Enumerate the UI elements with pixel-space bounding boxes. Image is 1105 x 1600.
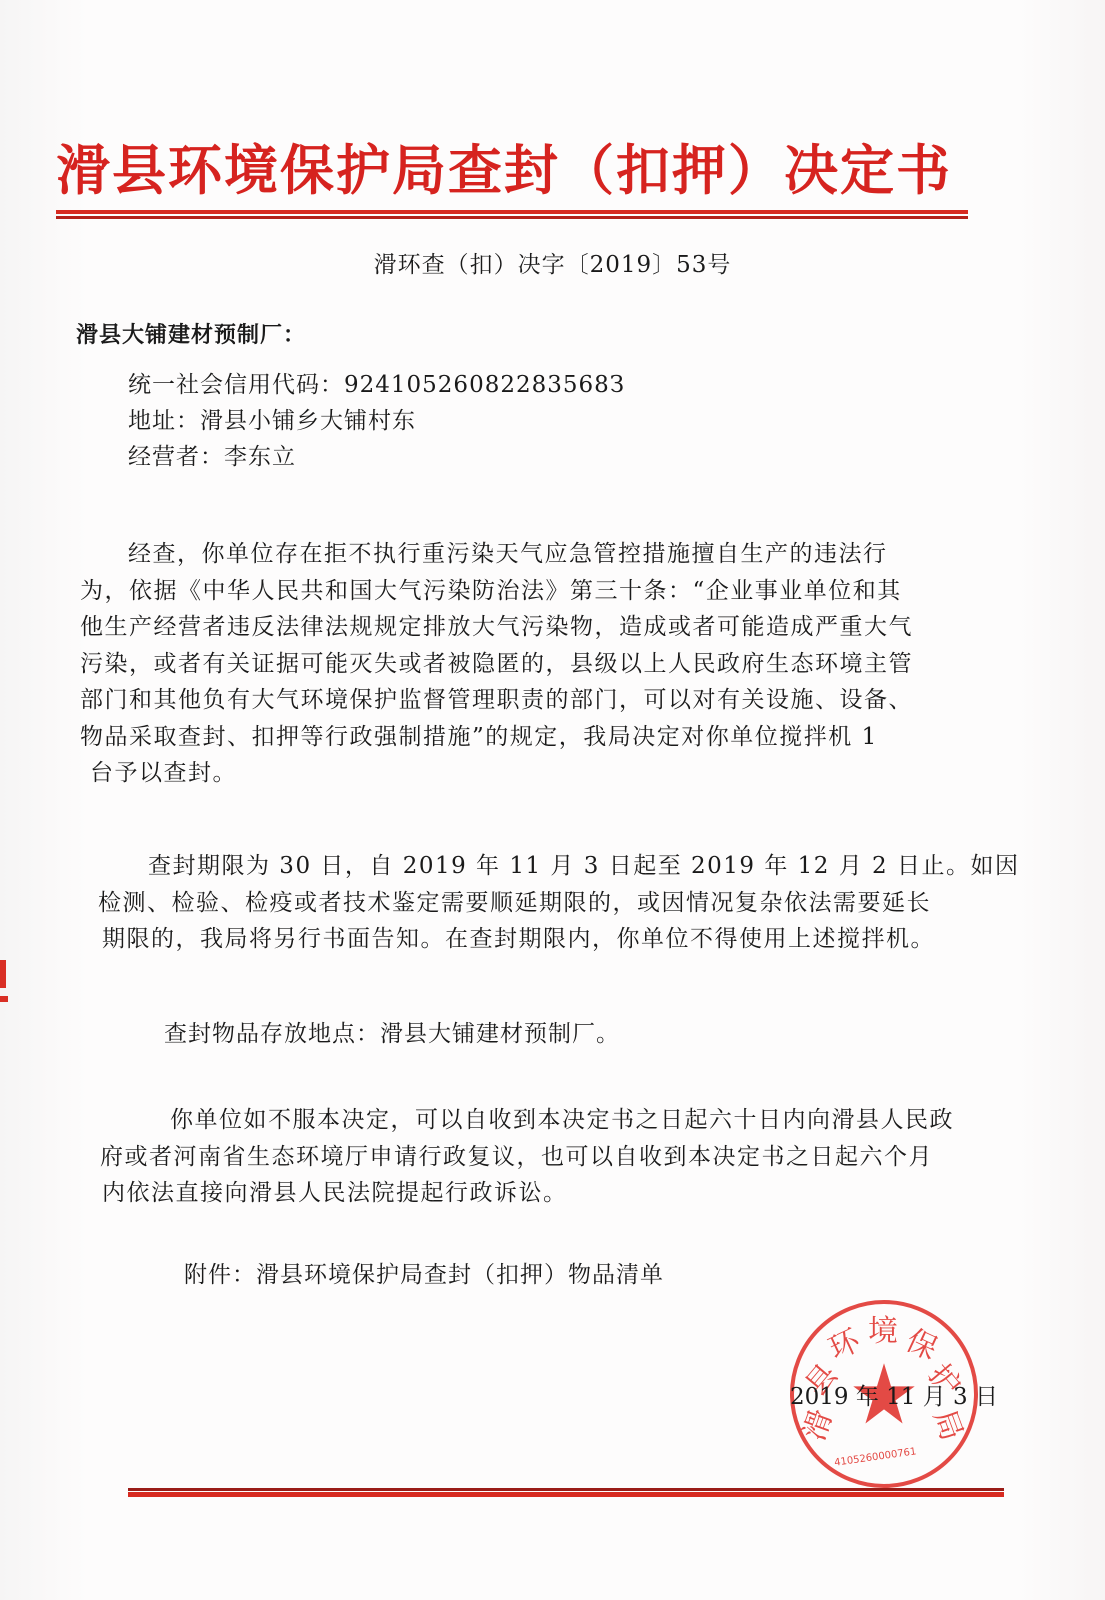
paragraph-appeal: 你单位如不服本决定，可以自收到本决定书之日起六十日内向滑县人民政 府或者河南省生… [80, 1102, 980, 1212]
paragraph-period: 查封期限为 30 日，自 2019 年 11 月 3 日起至 2019 年 12… [80, 848, 980, 958]
attachment-note: 附件：滑县环境保护局查封（扣押）物品清单 [184, 1256, 664, 1289]
document-title: 滑县环境保护局查封（扣押）决定书 [56, 128, 956, 205]
address: 地址：滑县小铺乡大铺村东 [128, 402, 416, 435]
storage-location: 查封物品存放地点：滑县大铺建材预制厂。 [164, 1015, 620, 1048]
document-page: 滑县环境保护局查封（扣押）决定书 滑环查（扣）决字〔2019〕53号 滑县大铺建… [0, 0, 1105, 1600]
title-divider [56, 210, 968, 220]
operator: 经营者：李东立 [128, 438, 296, 471]
credit-code: 统一社会信用代码：92410526082283568З [128, 366, 625, 399]
addressee: 滑县大铺建材预制厂： [76, 318, 306, 349]
issue-date: 2019 年 11 月 3 日 [790, 1378, 998, 1411]
binding-mark [0, 960, 8, 1010]
document-number: 滑环查（扣）决字〔2019〕53号 [0, 246, 1105, 279]
paragraph-finding: 经查，你单位存在拒不执行重污染天气应急管控措施擅自生产的违法行 为，依据《中华人… [80, 536, 980, 792]
footer-divider [128, 1488, 1004, 1498]
